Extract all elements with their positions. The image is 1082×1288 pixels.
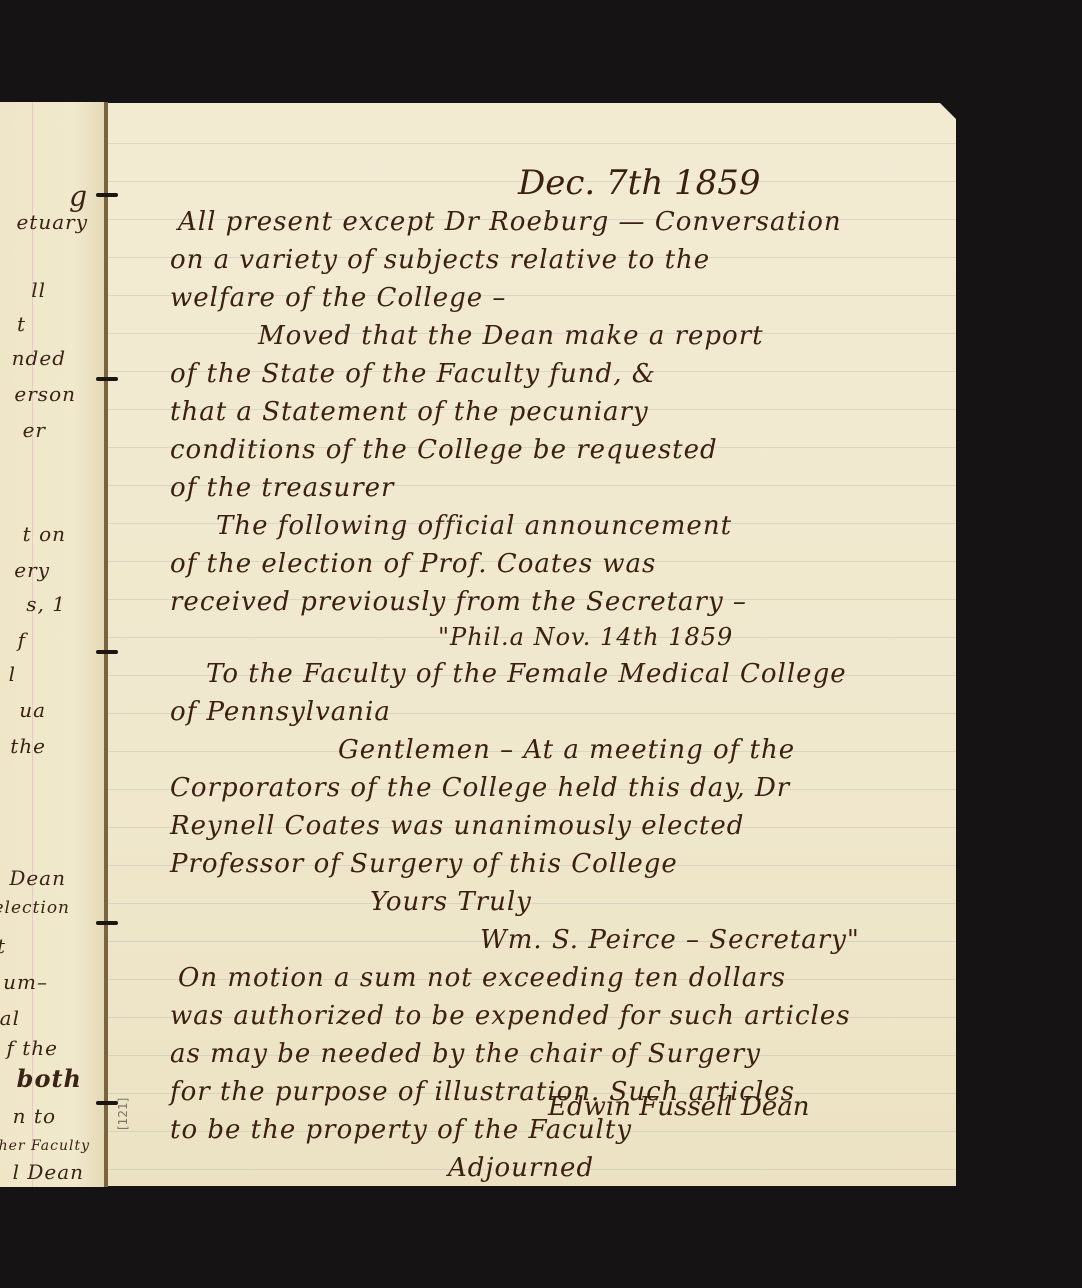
left-fragment-line: Dean <box>9 866 66 890</box>
manuscript-line: of the election of Prof. Coates was <box>170 549 656 579</box>
manuscript-line: To the Faculty of the Female Medical Col… <box>206 659 847 689</box>
manuscript-line: that a Statement of the pecuniary <box>170 397 649 427</box>
manuscript-line: of Pennsylvania <box>170 697 391 727</box>
left-fragment-line: election <box>0 898 70 918</box>
left-fragment-line: er <box>23 418 46 442</box>
manuscript-line: All present except Dr Roeburg — Conversa… <box>178 207 842 237</box>
manuscript-line: The following official announcement <box>216 511 732 541</box>
letter-signature: Wm. S. Peirce – Secretary" <box>480 925 860 955</box>
left-fragment-line: the <box>10 734 46 758</box>
left-fragment-line: f <box>18 628 26 652</box>
binding-stitch <box>96 193 118 197</box>
letter-dateline: "Phil.a Nov. 14th 1859 <box>438 623 733 651</box>
left-fragment-line: um– <box>3 970 48 994</box>
manuscript-line: Gentlemen – At a meeting of the <box>338 735 795 765</box>
binding-stitch <box>96 377 118 381</box>
manuscript-line: Reynell Coates was unanimously elected <box>170 811 744 841</box>
ruled-line <box>108 143 956 144</box>
manuscript-line: conditions of the College be requested <box>170 435 718 465</box>
manuscript-line: Moved that the Dean make a report <box>258 321 764 351</box>
left-fragment-line: f the <box>6 1036 58 1060</box>
left-fragment-line: erson <box>14 382 76 406</box>
binding-stitch <box>96 921 118 925</box>
dean-signature: Edwin Fussell Dean <box>548 1092 809 1122</box>
letter-closing: Yours Truly <box>370 887 532 917</box>
left-fragment-line: etuary <box>16 210 88 234</box>
manuscript-line: On motion a sum not exceeding ten dollar… <box>178 963 786 993</box>
left-page-fragment: g etuary ll t nded erson er t on ery s, … <box>0 102 106 1187</box>
folio-number: [121] <box>116 1098 130 1130</box>
manuscript-line: welfare of the College – <box>170 283 506 313</box>
entry-date: Dec. 7th 1859 <box>518 163 761 203</box>
left-fragment-line: nded <box>12 346 66 370</box>
manuscript-line: of the State of the Faculty fund, & <box>170 359 656 389</box>
left-fragment-line: s, 1 <box>26 592 66 616</box>
left-fragment-line: l Dean <box>13 1160 84 1184</box>
left-fragment-line: ery <box>14 558 50 582</box>
left-fragment-line: t <box>17 312 26 336</box>
left-fragment-line: ua <box>19 698 46 722</box>
left-fragment-line: ll <box>31 278 46 302</box>
manuscript-line: on a variety of subjects relative to the <box>170 245 710 275</box>
manuscript-line: as may be needed by the chair of Surgery <box>170 1039 761 1069</box>
manuscript-line: Professor of Surgery of this College <box>170 849 678 879</box>
left-fragment-line: t on <box>23 522 66 546</box>
manuscript-line: received previously from the Secretary – <box>170 587 747 617</box>
adjourned-note: Adjourned <box>448 1153 594 1183</box>
binding-stitch <box>96 650 118 654</box>
binding-stitch <box>96 1101 118 1105</box>
left-fragment-line: l <box>9 662 16 686</box>
manuscript-page: Dec. 7th 1859 All present except Dr Roeb… <box>108 103 956 1186</box>
left-fragment-line: n to <box>13 1104 56 1128</box>
left-fragment-line: other Faculty <box>0 1138 90 1154</box>
manuscript-line: of the treasurer <box>170 473 394 503</box>
left-margin-rule <box>32 102 33 1187</box>
manuscript-line: Corporators of the College held this day… <box>170 773 790 803</box>
left-fragment-line: al <box>0 1006 20 1030</box>
manuscript-line: was authorized to be expended for such a… <box>170 1001 851 1031</box>
ruled-line <box>108 903 956 904</box>
left-fragment-line: t <box>0 934 6 958</box>
left-fragment-line: both <box>17 1064 82 1093</box>
binding-gutter <box>104 102 108 1187</box>
left-fragment-line: g <box>69 180 88 213</box>
